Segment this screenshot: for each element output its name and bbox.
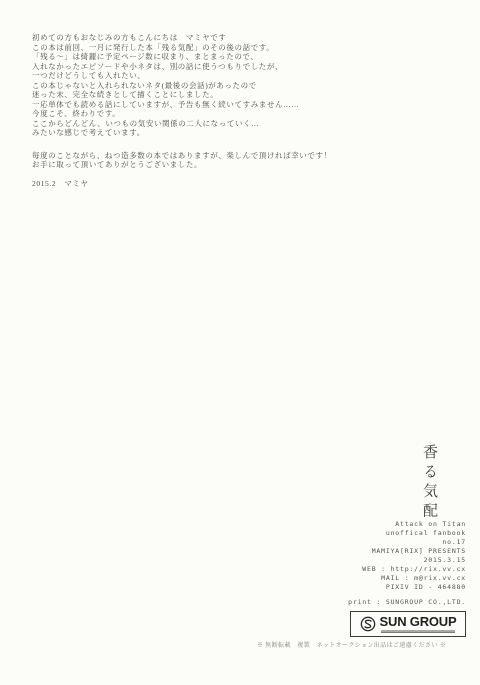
colophon-print: print : SUNGROUP CO.,LTD.	[348, 598, 466, 607]
colophon-pixiv: PIXIV ID - 464880	[348, 583, 466, 592]
colophon-web: WEB : http://rix.vv.cx	[348, 565, 466, 574]
afterword-line: この本は前回、一月に発行した本「残る気配」のその後の話です。	[32, 43, 332, 53]
afterword-line: 一応単体でも読める話にしていますが、予告も無く続いてすみません……	[32, 100, 332, 110]
colophon-block: Attack on Titan unoffical fanbook no.17 …	[348, 520, 466, 637]
afterword-line: お手に取って頂いてありがとうございました。	[32, 160, 332, 170]
afterword-line: 毎度のことながら、ねつ造多数の本ではありますが、楽しんで頂ければ幸いです！	[32, 151, 332, 161]
printer-logo-text-group: SUN GROUP	[380, 615, 457, 633]
colophon-series: Attack on Titan	[348, 520, 466, 529]
afterword-paragraph-2: 毎度のことながら、ねつ造多数の本ではありますが、楽しんで頂ければ幸いです！ お手…	[32, 151, 332, 170]
printer-logo-url-illegible	[381, 630, 455, 633]
afterword-line: 入れなかったエピソードや小ネタは、別の話に使うつもりでしたが、	[32, 62, 332, 72]
colophon-book-type: unoffical fanbook	[348, 529, 466, 538]
afterword-line: 初めての方もおなじみの方もこんにちは マミヤです	[32, 33, 332, 43]
footer-note: ※ 無断転載 複製 ネットオークション出品はご遠慮ください ※	[257, 640, 446, 649]
colophon-date: 2015.3.15	[348, 556, 466, 565]
book-title-vertical: 香る気配	[419, 444, 440, 522]
afterword-line: 「残る〜」は綺麗に予定ページ数に収まり、まとまったので、	[32, 52, 332, 62]
afterword-line: ここからどんどん、いつもの気安い関係の二人になっていく…	[32, 119, 332, 129]
colophon-number: no.17	[348, 538, 466, 547]
afterword-paragraph-1: 初めての方もおなじみの方もこんにちは マミヤです この本は前回、一月に発行した本…	[32, 33, 332, 138]
printer-logo: SUN GROUP	[350, 611, 466, 637]
afterword-line: 一つだけどうしても入れたい、	[32, 71, 332, 81]
afterword-line: 迷った末、完全な続きとして描くことにしました。	[32, 90, 332, 100]
afterword-line: 今度こそ、終わりです。	[32, 109, 332, 119]
colophon-presents: MAMIYA[RIX] PRESENTS	[348, 547, 466, 556]
colophon-mail: MAIL : m@rix.vv.cx	[348, 574, 466, 583]
scanned-page: 初めての方もおなじみの方もこんにちは マミヤです この本は前回、一月に発行した本…	[0, 0, 480, 685]
afterword-block: 初めての方もおなじみの方もこんにちは マミヤです この本は前回、一月に発行した本…	[32, 33, 332, 188]
afterword-line: みたいな感じで考えています。	[32, 128, 332, 138]
printer-logo-text: SUN GROUP	[380, 615, 457, 628]
afterword-line: この本じゃないと入れられないネタ(最後の会話)があったので	[32, 81, 332, 91]
author-signature: 2015.2 マミヤ	[32, 179, 332, 189]
circle-s-icon	[360, 616, 376, 632]
